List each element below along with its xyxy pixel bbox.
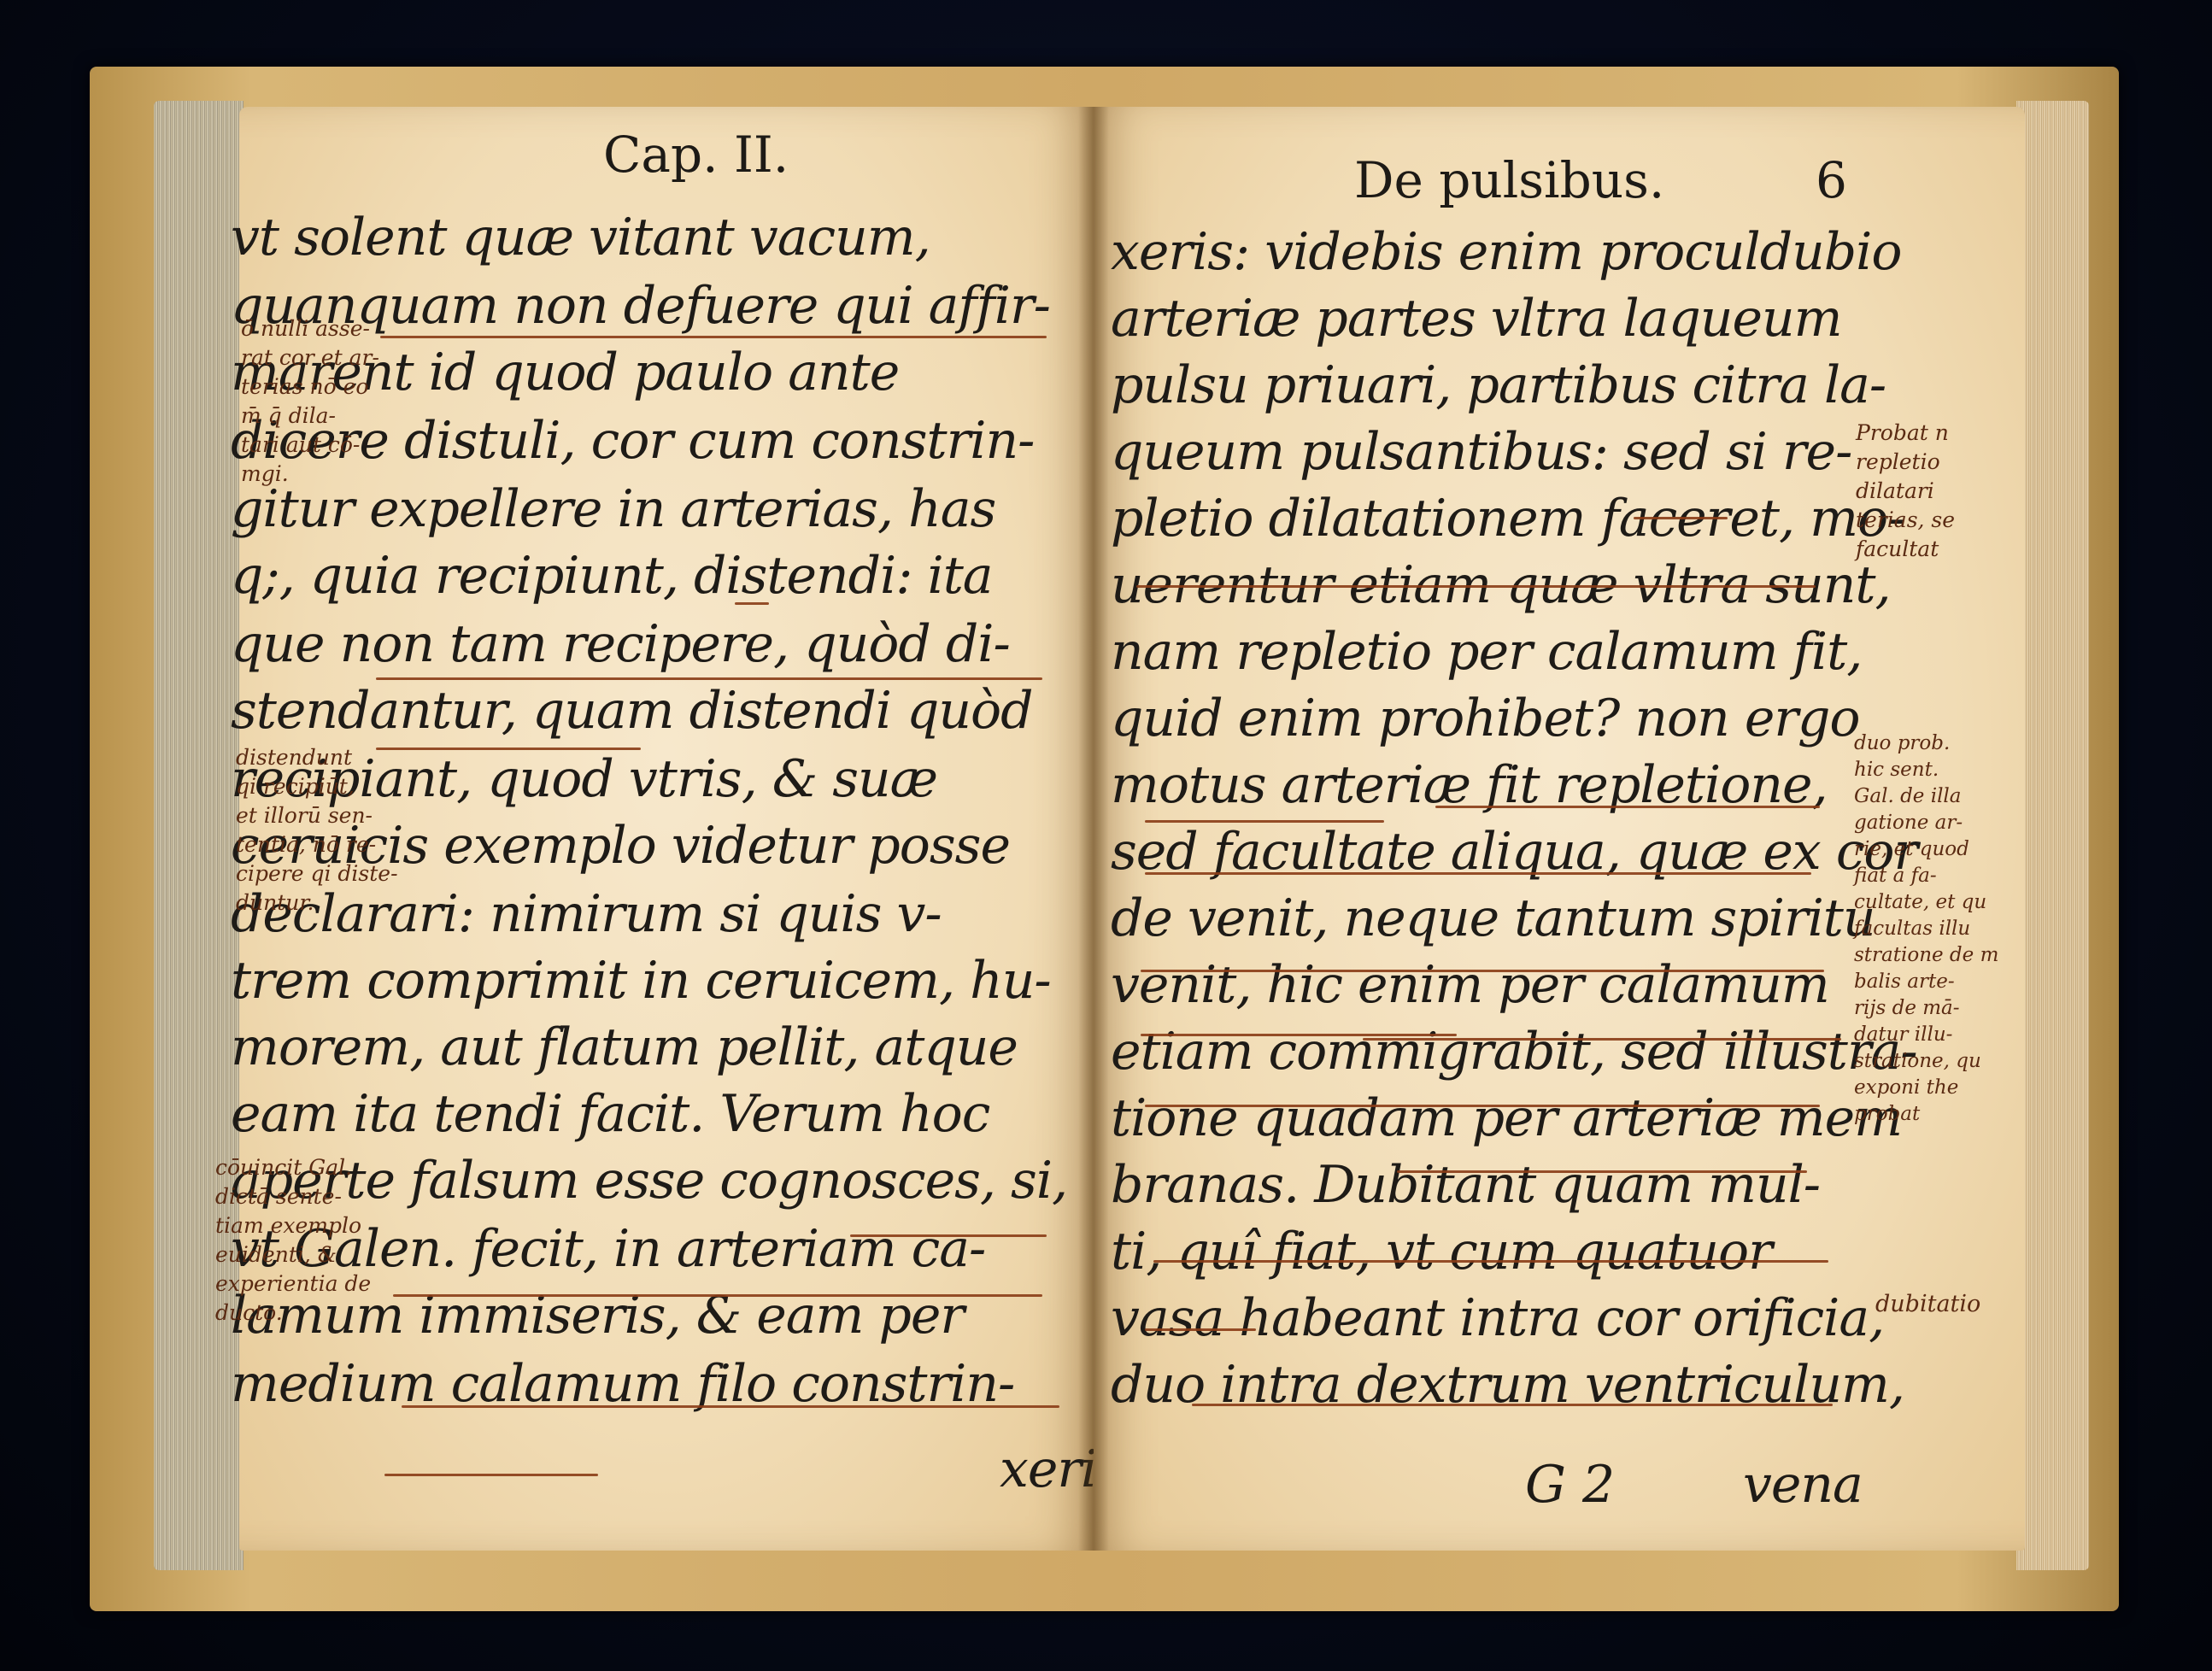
annotation-underline: [1136, 585, 1816, 588]
annotation-underline: [735, 602, 769, 605]
catchword: vena: [1743, 1455, 1863, 1515]
annotation-underline: [1145, 1328, 1256, 1331]
annotation-underline: [1145, 820, 1384, 823]
text-line: pletio dilatationem faceret, mo-: [1111, 489, 1904, 548]
running-head-right: De pulsibus.: [1354, 151, 1664, 209]
annotation-underline: [1153, 1260, 1828, 1263]
text-line: queum pulsantibus: sed si re-: [1111, 422, 1851, 482]
annotation-underline: [1192, 1404, 1833, 1406]
marginal-note: distendunt qi recipiūt, et illorū sen- t…: [236, 743, 398, 918]
annotation-underline: [1141, 970, 1824, 972]
text-line: trem comprimit in ceruicem, hu-: [231, 951, 1051, 1011]
text-line: arteriæ partes vltra laqueum: [1111, 289, 1842, 349]
annotation-underline: [384, 1474, 598, 1476]
annotation-underline: [376, 677, 1042, 680]
book-gutter: [1078, 107, 1109, 1551]
text-line: branas. Dubitant quam mul-: [1111, 1155, 1820, 1215]
annotation-underline: [376, 748, 641, 750]
page-number: 6: [1816, 151, 1847, 209]
annotation-underline: [1145, 872, 1811, 875]
annotation-underline: [1363, 1038, 1841, 1041]
annotation-underline: [1397, 1170, 1807, 1173]
annotation-underline: [402, 1405, 1059, 1408]
text-line: xeris: videbis enim proculdubio: [1111, 222, 1901, 282]
text-line: quid enim prohibet? non ergo: [1111, 689, 1860, 748]
text-line: morem, aut flatum pellit, atque: [231, 1017, 1018, 1077]
marginal-note: Probat n repletio dilatari terias, se fa…: [1856, 419, 1955, 564]
text-line: vasa habeant intra cor orificia,: [1111, 1288, 1884, 1348]
annotation-underline: [393, 1294, 1042, 1297]
text-line: etiam commigrabit, sed illustra-: [1111, 1022, 1917, 1082]
annotation-underline: [850, 1234, 1047, 1237]
text-line: nam repletio per calamum fit,: [1111, 622, 1862, 682]
signature-mark: G 2: [1525, 1455, 1615, 1515]
annotation-underline: [380, 336, 1047, 338]
text-line: eam ita tendi facit. Verum hoc: [231, 1084, 989, 1144]
text-line: venit, hic enim per calamum: [1111, 955, 1829, 1015]
text-line: que non tam recipere, quòd di-: [231, 614, 1010, 674]
text-line: ti, quî fiat, vt cum quatuor: [1111, 1222, 1772, 1281]
annotation-underline: [1435, 806, 1820, 808]
text-line: q;, quia recipiunt, distendi: ita: [231, 546, 993, 606]
text-line: tione quadam per arteriæ mem: [1111, 1088, 1902, 1148]
annotation-underline: [1145, 1105, 1820, 1107]
text-line: stendantur, quam distendi quòd: [231, 681, 1033, 741]
marginal-note: ō nulli asse- rat cor et ar- terias nō e…: [241, 314, 379, 489]
marginal-note: dubitatio: [1875, 1290, 1980, 1319]
marginal-note: cōuincit Gal. dictā sente- tiam exemplo …: [215, 1153, 371, 1328]
text-line: vt solent quæ vitant vacum,: [231, 208, 930, 267]
annotation-underline: [1141, 1034, 1457, 1036]
running-head-left: Cap. II.: [603, 126, 789, 184]
annotation-underline: [1634, 517, 1728, 519]
text-line: pulsu priuari, partibus citra la-: [1111, 355, 1886, 415]
text-line: de venit, neque tantum spiritu: [1111, 888, 1875, 948]
marginal-note: duo prob. hic sent. Gal. de illa gatione…: [1854, 730, 1998, 1128]
right-page-edges: [2016, 101, 2089, 1570]
